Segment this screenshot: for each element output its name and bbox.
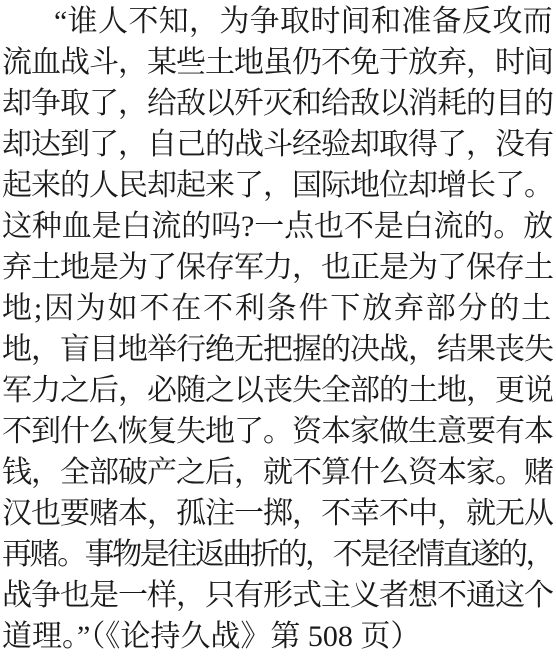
text-line-11: 不到什么恢复失地了。资本家做生意要有本 [2, 411, 553, 452]
text-line-content: 弃土地是为了保存军力，也正是为了保存土 [2, 251, 553, 284]
text-line-14: 再赌。事物是往返曲折的，不是径情直遂的， [2, 534, 553, 575]
text-line-10: 军力之后，必随之以丧失全部的土地，更说 [2, 370, 553, 411]
text-line-13: 汉也要赌本，孤注一掷，不幸不中，就无从 [2, 493, 553, 534]
text-line-content: 不到什么恢复失地了。资本家做生意要有本 [2, 415, 553, 448]
text-line-5: 起来的人民却起来了，国际地位却增长了。 [2, 165, 553, 206]
quote-paragraph: “谁人不知，为争取时间和准备反攻而流血战斗，某些土地虽仍不免于放弃，时间却争取了… [2, 1, 553, 657]
text-line-content: “谁人不知，为争取时间和准备反攻而 [54, 5, 553, 38]
text-line-content: 汉也要赌本，孤注一掷，不幸不中，就无从 [2, 497, 553, 530]
text-line-9: 地，盲目地举行绝无把握的决战，结果丧失 [2, 329, 553, 370]
text-line-12: 钱，全部破产之后，就不算什么资本家。赌 [2, 452, 553, 493]
text-line-content: 再赌。事物是往返曲折的，不是径情直遂的， [2, 538, 553, 571]
text-line-content: 这种血是白流的吗?一点也不是白流的。放 [2, 210, 553, 243]
text-line-4: 却达到了，自己的战斗经验却取得了，没有 [2, 124, 553, 165]
text-line-3: 却争取了，给敌以歼灭和给敌以消耗的目的 [2, 83, 553, 124]
text-line-7: 弃土地是为了保存军力，也正是为了保存土 [2, 247, 553, 288]
text-line-6: 这种血是白流的吗?一点也不是白流的。放 [2, 206, 553, 247]
text-line-content: 却争取了，给敌以歼灭和给敌以消耗的目的 [2, 87, 553, 120]
text-line-content: 道理。”（《论持久战》第 508 页） [2, 620, 420, 653]
text-line-content: 军力之后，必随之以丧失全部的土地，更说 [2, 374, 553, 407]
text-line-content: 战争也是一样，只有形式主义者想不通这个 [2, 579, 553, 612]
text-line-content: 流血战斗，某些土地虽仍不免于放弃，时间 [2, 46, 553, 79]
text-line-15: 战争也是一样，只有形式主义者想不通这个 [2, 575, 553, 616]
text-line-1: “谁人不知，为争取时间和准备反攻而 [2, 1, 553, 42]
text-line-content: 钱，全部破产之后，就不算什么资本家。赌 [2, 456, 553, 489]
text-line-16: 道理。”（《论持久战》第 508 页） [2, 616, 553, 657]
document-page: “谁人不知，为争取时间和准备反攻而流血战斗，某些土地虽仍不免于放弃，时间却争取了… [0, 0, 556, 657]
text-line-2: 流血战斗，某些土地虽仍不免于放弃，时间 [2, 42, 553, 83]
text-line-content: 地;因为如不在不利条件下放弃部分的土 [2, 292, 553, 325]
text-line-8: 地;因为如不在不利条件下放弃部分的土 [2, 288, 553, 329]
text-line-content: 起来的人民却起来了，国际地位却增长了。 [2, 169, 553, 202]
text-line-content: 地，盲目地举行绝无把握的决战，结果丧失 [2, 333, 553, 366]
text-line-content: 却达到了，自己的战斗经验却取得了，没有 [2, 128, 553, 161]
